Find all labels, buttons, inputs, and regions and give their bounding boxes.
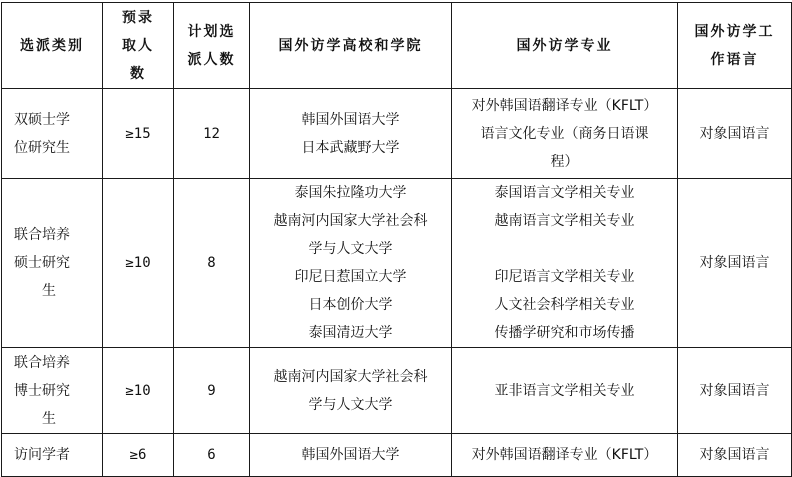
category-cell: 双硕士学 位研究生 [2, 89, 103, 179]
header-text: 国外访学专业 [456, 32, 673, 60]
header-text: 预录 [107, 4, 169, 32]
planned-cell: 9 [174, 348, 250, 434]
university-text: 越南河内国家大学社会科 [254, 363, 447, 391]
major-text: 对外韩国语翻译专业（KFLT） [456, 441, 673, 469]
major-text: 亚非语言文学相关专业 [456, 377, 673, 405]
majors-cell: 亚非语言文学相关专业 [452, 348, 678, 434]
university-text: 印尼日惹国立大学 [254, 263, 447, 291]
majors-cell: 泰国语言文学相关专业 越南语言文学相关专业 印尼语言文学相关专业 人文社会科学相… [452, 179, 678, 348]
header-text: 国外访学高校和学院 [254, 32, 447, 60]
header-text: 作语言 [682, 46, 787, 74]
planned-cell: 8 [174, 179, 250, 348]
language-cell: 对象国语言 [678, 179, 792, 348]
header-category: 选派类别 [2, 3, 103, 89]
language-cell: 对象国语言 [678, 434, 792, 477]
universities-cell: 泰国朱拉隆功大学 越南河内国家大学社会科 学与人文大学 印尼日惹国立大学 日本创… [250, 179, 452, 348]
header-text: 派人数 [178, 46, 245, 74]
major-text: 程） [456, 148, 673, 176]
header-text: 数 [107, 60, 169, 88]
header-language: 国外访学工 作语言 [678, 3, 792, 89]
universities-cell: 韩国外国语大学 [250, 434, 452, 477]
table-row: 双硕士学 位研究生 ≥15 12 韩国外国语大学 日本武藏野大学 对外韩国语翻译… [2, 89, 792, 179]
header-pre-admit: 预录 取人 数 [103, 3, 174, 89]
language-cell: 对象国语言 [678, 89, 792, 179]
university-text: 学与人文大学 [254, 235, 447, 263]
language-cell: 对象国语言 [678, 348, 792, 434]
header-planned: 计划选 派人数 [174, 3, 250, 89]
category-cell: 联合培养 博士研究 生 [2, 348, 103, 434]
majors-cell: 对外韩国语翻译专业（KFLT） [452, 434, 678, 477]
category-text: 联合培养 [14, 349, 98, 377]
header-universities: 国外访学高校和学院 [250, 3, 452, 89]
header-text: 选派类别 [6, 32, 98, 60]
university-text: 学与人文大学 [254, 391, 447, 419]
header-text: 国外访学工 [682, 18, 787, 46]
university-text: 韩国外国语大学 [254, 441, 447, 469]
pre-admit-cell: ≥10 [103, 179, 174, 348]
table-row: 联合培养 硕士研究 生 ≥10 8 泰国朱拉隆功大学 越南河内国家大学社会科 学… [2, 179, 792, 348]
universities-cell: 越南河内国家大学社会科 学与人文大学 [250, 348, 452, 434]
selection-table: 选派类别 预录 取人 数 计划选 派人数 国外访学高校和学院 国外访学专业 国外… [1, 2, 792, 477]
category-text: 位研究生 [14, 134, 98, 162]
major-text: 传播学研究和市场传播 [456, 319, 673, 347]
category-cell: 联合培养 硕士研究 生 [2, 179, 103, 348]
major-text: 语言文化专业（商务日语课 [456, 120, 673, 148]
university-text: 泰国朱拉隆功大学 [254, 179, 447, 207]
category-text: 博士研究 [14, 377, 98, 405]
category-text: 访问学者 [14, 441, 98, 469]
university-text: 越南河内国家大学社会科 [254, 207, 447, 235]
major-text: 印尼语言文学相关专业 [456, 263, 673, 291]
major-text: 越南语言文学相关专业 [456, 207, 673, 235]
category-text: 双硕士学 [14, 106, 98, 134]
category-cell: 访问学者 [2, 434, 103, 477]
major-text: 泰国语言文学相关专业 [456, 179, 673, 207]
major-text [456, 235, 673, 263]
header-row: 选派类别 预录 取人 数 计划选 派人数 国外访学高校和学院 国外访学专业 国外… [2, 3, 792, 89]
university-text: 韩国外国语大学 [254, 106, 447, 134]
category-text: 生 [14, 405, 98, 433]
pre-admit-cell: ≥6 [103, 434, 174, 477]
university-text: 日本创价大学 [254, 291, 447, 319]
header-majors: 国外访学专业 [452, 3, 678, 89]
category-text: 联合培养 [14, 221, 98, 249]
university-text: 泰国清迈大学 [254, 319, 447, 347]
university-text: 日本武藏野大学 [254, 134, 447, 162]
major-text: 人文社会科学相关专业 [456, 291, 673, 319]
header-text: 取人 [107, 32, 169, 60]
major-text: 对外韩国语翻译专业（KFLT） [456, 92, 673, 120]
planned-cell: 6 [174, 434, 250, 477]
planned-cell: 12 [174, 89, 250, 179]
table-row: 访问学者 ≥6 6 韩国外国语大学 对外韩国语翻译专业（KFLT） 对象国语言 [2, 434, 792, 477]
pre-admit-cell: ≥15 [103, 89, 174, 179]
pre-admit-cell: ≥10 [103, 348, 174, 434]
universities-cell: 韩国外国语大学 日本武藏野大学 [250, 89, 452, 179]
category-text: 硕士研究 [14, 249, 98, 277]
header-text: 计划选 [178, 18, 245, 46]
table-row: 联合培养 博士研究 生 ≥10 9 越南河内国家大学社会科 学与人文大学 亚非语… [2, 348, 792, 434]
majors-cell: 对外韩国语翻译专业（KFLT） 语言文化专业（商务日语课 程） [452, 89, 678, 179]
category-text: 生 [14, 277, 98, 305]
